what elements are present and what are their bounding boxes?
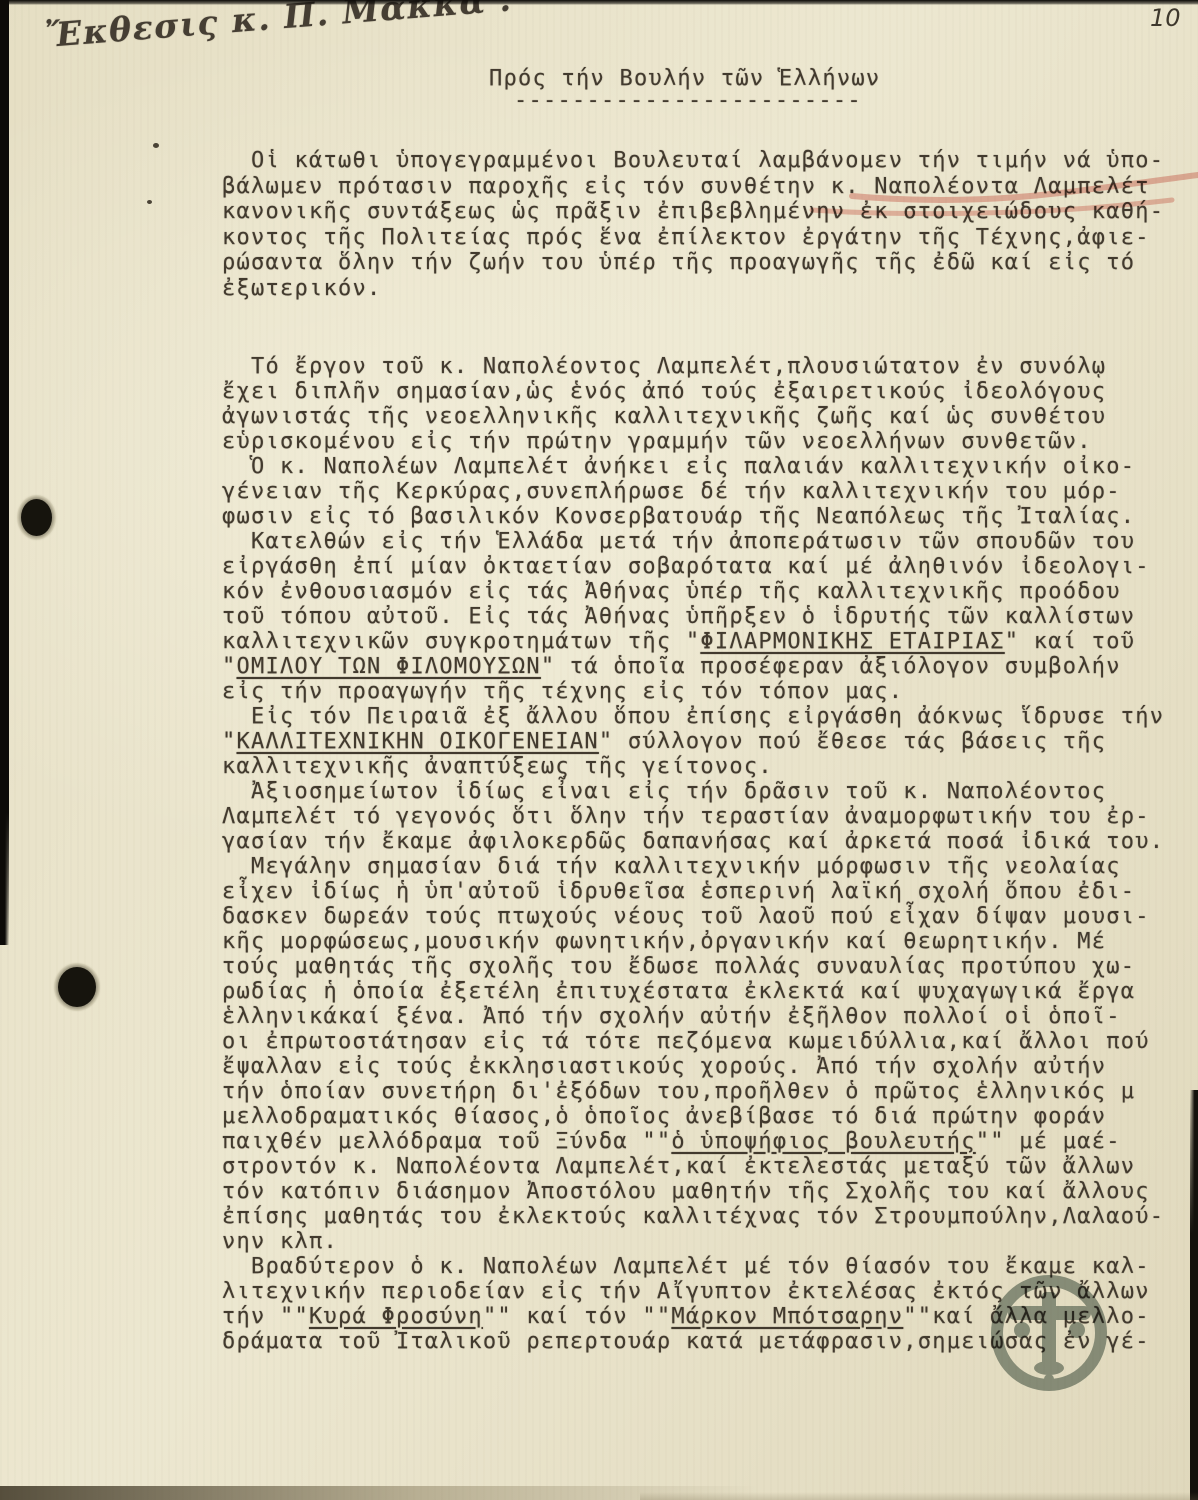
scan-edge-top [0, 0, 1198, 5]
typed-text: ἀγωνιστάς τῆς νεοελληνικῆς καλλιτεχνικῆς… [222, 404, 1106, 429]
typed-text: ἑλληνικάκαί ξένα. Ἀπό τήν σχολήν αὐτήν ἐ… [222, 1004, 1121, 1029]
typed-line: μελλοδραματικός θίασος,ὁ ὁποῖος ἀνεβίβασ… [222, 1104, 1164, 1129]
typed-line: Μεγάλην σημασίαν διά τήν καλλιτεχνικήν μ… [222, 854, 1164, 879]
underlined-typed-text: ΚΑΛΛΙΤΕΧΝΙΚΗΝ ΟΙΚΟΓΕΝΕΙΑΝ [237, 729, 599, 754]
typed-text: στροντόν κ. Ναπολέοντα Λαμπελέτ,καί ἐκτε… [222, 1154, 1135, 1179]
typed-text: Λαμπελέτ τό γεγονός ὅτι ὅλην τήν τεραστί… [222, 804, 1150, 829]
underlined-typed-text: Κυρά Φροσύνη [309, 1304, 483, 1329]
red-underline-stroke [852, 175, 1198, 200]
typed-line: εὑρισκομένου εἰς τήν πρώτην γραμμήν τῶν … [222, 429, 1164, 454]
typed-text: νην κλπ. [222, 1229, 338, 1254]
typed-text: εἰργάσθη ἐπί μίαν ὀκταετίαν σοβαρότατα κ… [222, 554, 1150, 579]
typed-text: τοῦ τόπου αὐτοῦ. Εἰς τάς Ἀθήνας ὑπῆρξεν … [222, 604, 1135, 629]
typed-text: εἰς τήν προαγωγήν τῆς τέχνης εἰς τόν τόπ… [222, 679, 903, 704]
typed-text: ἔχει διπλῆν σημασίαν,ὡς ἑνός ἀπό τούς ἐξ… [222, 379, 1106, 404]
typed-line: καλλιτεχνικῶν συγκροτημάτων τῆς "ΦΙΛΑΡΜΟ… [222, 629, 1164, 654]
typed-text: μελλοδραματικός θίασος,ὁ ὁποῖος ἀνεβίβασ… [222, 1104, 1106, 1129]
typed-text: "" μέ μαέ- [976, 1129, 1121, 1154]
typed-line: Λαμπελέτ τό γεγονός ὅτι ὅλην τήν τεραστί… [222, 804, 1164, 829]
typed-text: Κατελθών εἰς τήν Ἑλλάδα μετά τήν ἀποπερά… [222, 529, 1135, 554]
typed-line: εἶχεν ἰδίως ἡ ὑπ'αὐτοῦ ἱδρυθεῖσα ἑσπεριν… [222, 879, 1164, 904]
typed-text: γασίαν τήν ἔκαμε ἀφιλοκερδῶς δαπανήσας κ… [222, 829, 1164, 854]
typed-text: ρωδίας ἡ ὁποία ἐξετέλη ἐπιτυχέστατα ἐκλε… [222, 979, 1135, 1004]
typed-line: τοῦ τόπου αὐτοῦ. Εἰς τάς Ἀθήνας ὑπῆρξεν … [222, 604, 1164, 629]
typed-text: τόν κατόπιν διάσημον Ἀποστόλου μαθητήν τ… [222, 1179, 1150, 1204]
typed-text: ἐπίσης μαθητάς του ἐκλεκτούς καλλιτέχνας… [222, 1204, 1164, 1229]
typed-line: τήν ὁποίαν συνετήρη δι'ἐξόδων του,προῆλθ… [222, 1079, 1164, 1104]
typed-text: Ὁ κ. Ναπολέων Λαμπελέτ ἀνήκει εἰς παλαιά… [222, 454, 1135, 479]
typed-text: κῆς μορφώσεως,μουσικήν φωνητικήν,ὀργανικ… [222, 929, 1106, 954]
typed-line: τούς μαθητάς τῆς σχολῆς του ἔδωσε πολλάς… [222, 954, 1164, 979]
typed-line: καλλιτεχνικῆς ἀναπτύξεως τῆς γείτονος. [222, 754, 1164, 779]
typed-text: " τά ὁποῖα προσέφεραν ἀξιόλογον συμβολήν [541, 654, 1121, 679]
typed-line: γένειαν τῆς Κερκύρας,συνεπλήρωσε δέ τήν … [222, 479, 1164, 504]
typed-line: κόν ἐνθουσιασμόν εἰς τάς Ἀθήνας ὑπέρ τῆς… [222, 579, 1164, 604]
typed-text: " καί τοῦ [1005, 629, 1135, 654]
scanned-document-page: Ἔκθεσις κ. Π. Μακκᾶ . 10 Πρός τήν Βουλήν… [0, 0, 1198, 1500]
typed-line: οι ἐπρωτοστάτησαν εἰς τά τότε πεζόμενα κ… [222, 1029, 1164, 1054]
typed-text: ἔψαλλαν εἰς τούς ἐκκλησιαστικούς χορούς.… [222, 1054, 1106, 1079]
typed-text: τήν ὁποίαν συνετήρη δι'ἐξόδων του,προῆλθ… [222, 1079, 1135, 1104]
typed-line: ἑλληνικάκαί ξένα. Ἀπό τήν σχολήν αὐτήν ἐ… [222, 1004, 1164, 1029]
typed-line: φωσιν εἰς τό βασιλικόν Κονσερβατουάρ τῆς… [222, 504, 1164, 529]
typed-line: ἔχει διπλῆν σημασίαν,ὡς ἑνός ἀπό τούς ἐξ… [222, 379, 1164, 404]
scan-edge-left [0, 0, 9, 945]
typed-text: καλλιτεχνικῶν συγκροτημάτων τῆς " [222, 629, 700, 654]
underlined-typed-text: ΟΜΙΛΟΥ ΤΩΝ ΦΙΛΟΜΟΥΣΩΝ [237, 654, 541, 679]
typed-line: στροντόν κ. Ναπολέοντα Λαμπελέτ,καί ἐκτε… [222, 1154, 1164, 1179]
underlined-typed-text: ΦΙΛΑΡΜΟΝΙΚΗΣ ΕΤΑΙΡΙΑΣ [700, 629, 1004, 654]
typed-line: ἀγωνιστάς τῆς νεοελληνικῆς καλλιτεχνικῆς… [222, 404, 1164, 429]
typed-text: φωσιν εἰς τό βασιλικόν Κονσερβατουάρ τῆς… [222, 504, 1135, 529]
typed-text: κόν ἐνθουσιασμόν εἰς τάς Ἀθήνας ὑπέρ τῆς… [222, 579, 1121, 604]
typed-line: εἰργάσθη ἐπί μίαν ὀκταετίαν σοβαρότατα κ… [222, 554, 1164, 579]
typed-text: Μεγάλην σημασίαν διά τήν καλλιτεχνικήν μ… [222, 854, 1121, 879]
typed-line: τόν κατόπιν διάσημον Ἀποστόλου μαθητήν τ… [222, 1179, 1164, 1204]
typed-text: Εἰς τόν Πειραιᾶ ἐξ ἄλλου ὅπου ἐπίσης εἰρ… [222, 704, 1164, 729]
typed-line: Εἰς τόν Πειραιᾶ ἐξ ἄλλου ὅπου ἐπίσης εἰρ… [222, 704, 1164, 729]
typed-text: " σύλλογον πού ἔθεσε τάς βάσεις τῆς [599, 729, 1106, 754]
typed-line: παιχθέν μελλόδραμα τοῦ Ξύνδα ""ὁ ὑποψήφι… [222, 1129, 1164, 1154]
typed-line: "ΚΑΛΛΙΤΕΧΝΙΚΗΝ ΟΙΚΟΓΕΝΕΙΑΝ" σύλλογον πού… [222, 729, 1164, 754]
typed-line: Ὁ κ. Ναπολέων Λαμπελέτ ἀνήκει εἰς παλαιά… [222, 454, 1164, 479]
typed-text: "" καί τόν "" [483, 1304, 671, 1329]
typed-line: νην κλπ. [222, 1229, 1164, 1254]
typed-text: εἶχεν ἰδίως ἡ ὑπ'αὐτοῦ ἱδρυθεῖσα ἑσπεριν… [222, 879, 1135, 904]
red-pencil-marks [0, 0, 1198, 300]
typed-line: εἰς τήν προαγωγήν τῆς τέχνης εἰς τόν τόπ… [222, 679, 1164, 704]
typed-text: " [222, 729, 237, 754]
typed-line: Ἀξιοσημείωτον ἰδίως εἶναι εἰς τήν δρᾶσιν… [222, 779, 1164, 804]
typed-line: γασίαν τήν ἔκαμε ἀφιλοκερδῶς δαπανήσας κ… [222, 829, 1164, 854]
typed-text: γένειαν τῆς Κερκύρας,συνεπλήρωσε δέ τήν … [222, 479, 1121, 504]
scan-edge-right [1190, 1090, 1198, 1500]
typed-line: "ΟΜΙΛΟΥ ΤΩΝ ΦΙΛΟΜΟΥΣΩΝ" τά ὁποῖα προσέφε… [222, 654, 1164, 679]
underlined-typed-text: ὁ ὑποψήφιος βουλευτής [671, 1129, 975, 1154]
typed-line: ἔψαλλαν εἰς τούς ἐκκλησιαστικούς χορούς.… [222, 1054, 1164, 1079]
red-underline-stroke [812, 200, 1172, 214]
typed-line: ἐπίσης μαθητάς του ἐκλεκτούς καλλιτέχνας… [222, 1204, 1164, 1229]
typed-text: παιχθέν μελλόδραμα τοῦ Ξύνδα "" [222, 1129, 671, 1154]
typed-text: τήν "" [222, 1304, 309, 1329]
hole-punch-top [21, 499, 52, 536]
typed-text: τούς μαθητάς τῆς σχολῆς του ἔδωσε πολλάς… [222, 954, 1135, 979]
underlined-typed-text: Μάρκον Μπότσαρην [671, 1304, 903, 1329]
typed-line: Τό ἔργον τοῦ κ. Ναπολέοντος Λαμπελέτ,πλο… [222, 354, 1164, 379]
typed-text: " [222, 654, 237, 679]
typed-text: εὑρισκομένου εἰς τήν πρώτην γραμμήν τῶν … [222, 429, 1092, 454]
typed-text: καλλιτεχνικῆς ἀναπτύξεως τῆς γείτονος. [222, 754, 773, 779]
main-text: Τό ἔργον τοῦ κ. Ναπολέοντος Λαμπελέτ,πλο… [222, 354, 1164, 1354]
typed-line: κῆς μορφώσεως,μουσικήν φωνητικήν,ὀργανικ… [222, 929, 1164, 954]
typed-text: οι ἐπρωτοστάτησαν εἰς τά τότε πεζόμενα κ… [222, 1029, 1150, 1054]
hole-punch-bottom [58, 967, 96, 1007]
typed-text: δασκεν δωρεάν τούς πτωχούς νέους τοῦ λαο… [222, 904, 1150, 929]
typed-line: Κατελθών εἰς τήν Ἑλλάδα μετά τήν ἀποπερά… [222, 529, 1164, 554]
typed-text: Ἀξιοσημείωτον ἰδίως εἶναι εἰς τήν δρᾶσιν… [222, 779, 1106, 804]
typed-text: Τό ἔργον τοῦ κ. Ναπολέοντος Λαμπελέτ,πλο… [222, 354, 1106, 379]
scan-shadow-bottom [640, 1492, 1198, 1500]
typed-line: ρωδίας ἡ ὁποία ἐξετέλη ἐπιτυχέστατα ἐκλε… [222, 979, 1164, 1004]
typed-line: δασκεν δωρεάν τούς πτωχούς νέους τοῦ λαο… [222, 904, 1164, 929]
circular-seal-stamp [984, 1266, 1114, 1400]
